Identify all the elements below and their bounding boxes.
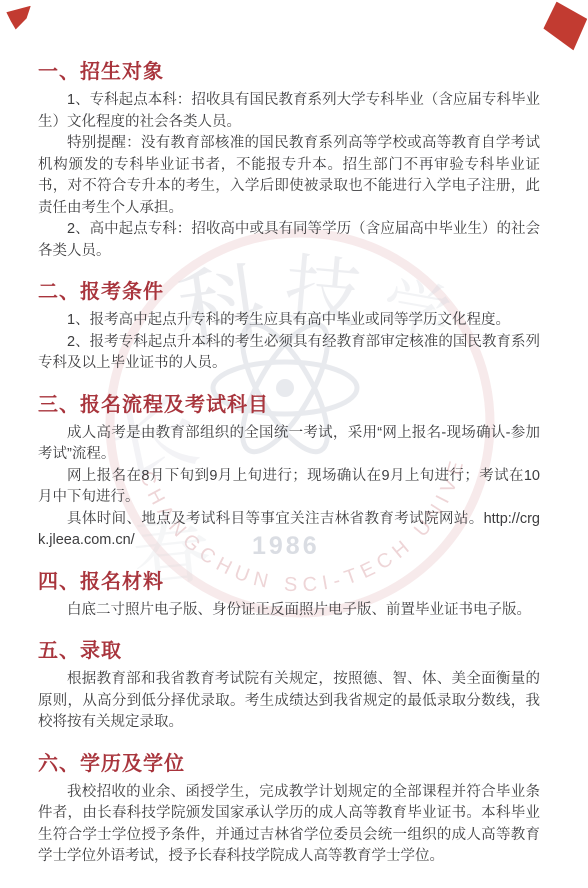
document-body: 一、招生对象 1、专科起点本科：招收具有国民教育系列大学专科毕业（含应届专科毕业… — [38, 60, 540, 868]
section-heading: 四、报名材料 — [38, 570, 540, 595]
section-diploma-degree: 六、学历及学位 我校招收的业余、函授学生，完成教学计划规定的全部课程并符合毕业条… — [38, 752, 540, 868]
section-admission: 五、录取 根据教育部和我省教育考试院有关规定，按照德、智、体、美全面衡量的原则，… — [38, 639, 540, 734]
section-heading: 六、学历及学位 — [38, 752, 540, 777]
section-paragraph: 2、报考专科起点升本科的考生必须具有经教育部审定核准的国民教育系列专科及以上毕业… — [38, 332, 540, 375]
red-corner-accent-left — [6, 6, 33, 30]
section-heading: 二、报考条件 — [38, 280, 540, 305]
section-application-conditions: 二、报考条件 1、报考高中起点升专科的考生应具有高中毕业或同等学历文化程度。 2… — [38, 280, 540, 375]
section-paragraph: 我校招收的业余、函授学生，完成教学计划规定的全部课程并符合毕业条件者，由长春科技… — [38, 782, 540, 868]
page-root: CHANGCHUN SCI-TECH UNIVERSITY 科 技 学 长 春 … — [0, 0, 588, 888]
section-paragraph: 具体时间、地点及考试科目等事宜关注吉林省教育考试院网站。http://crgk.… — [38, 509, 540, 552]
section-paragraph: 特别提醒：没有教育部核准的国民教育系列高等学校或高等教育自学考试机构颁发的专科毕… — [38, 133, 540, 219]
section-paragraph: 根据教育部和我省教育考试院有关规定，按照德、智、体、美全面衡量的原则，从高分到低… — [38, 669, 540, 734]
section-paragraph: 网上报名在8月下旬到9月上旬进行；现场确认在9月上旬进行；考试在10月中下旬进行… — [38, 466, 540, 509]
section-heading: 五、录取 — [38, 639, 540, 664]
section-paragraph: 2、高中起点专科：招收高中或具有同等学历（含应届高中毕业生）的社会各类人员。 — [38, 219, 540, 262]
section-paragraph: 成人高考是由教育部组织的全国统一考试，采用“网上报名-现场确认-参加考试”流程。 — [38, 423, 540, 466]
section-registration-materials: 四、报名材料 白底二寸照片电子版、身份证正反面照片电子版、前置毕业证书电子版。 — [38, 570, 540, 622]
section-heading: 一、招生对象 — [38, 60, 540, 85]
section-registration-process: 三、报名流程及考试科目 成人高考是由教育部组织的全国统一考试，采用“网上报名-现… — [38, 393, 540, 552]
section-enrollment-targets: 一、招生对象 1、专科起点本科：招收具有国民教育系列大学专科毕业（含应届专科毕业… — [38, 60, 540, 262]
section-paragraph: 白底二寸照片电子版、身份证正反面照片电子版、前置毕业证书电子版。 — [38, 600, 540, 622]
red-corner-accent-right — [541, 0, 588, 51]
section-heading: 三、报名流程及考试科目 — [38, 393, 540, 418]
section-paragraph: 1、专科起点本科：招收具有国民教育系列大学专科毕业（含应届专科毕业生）文化程度的… — [38, 90, 540, 133]
section-paragraph: 1、报考高中起点升专科的考生应具有高中毕业或同等学历文化程度。 — [38, 310, 540, 332]
